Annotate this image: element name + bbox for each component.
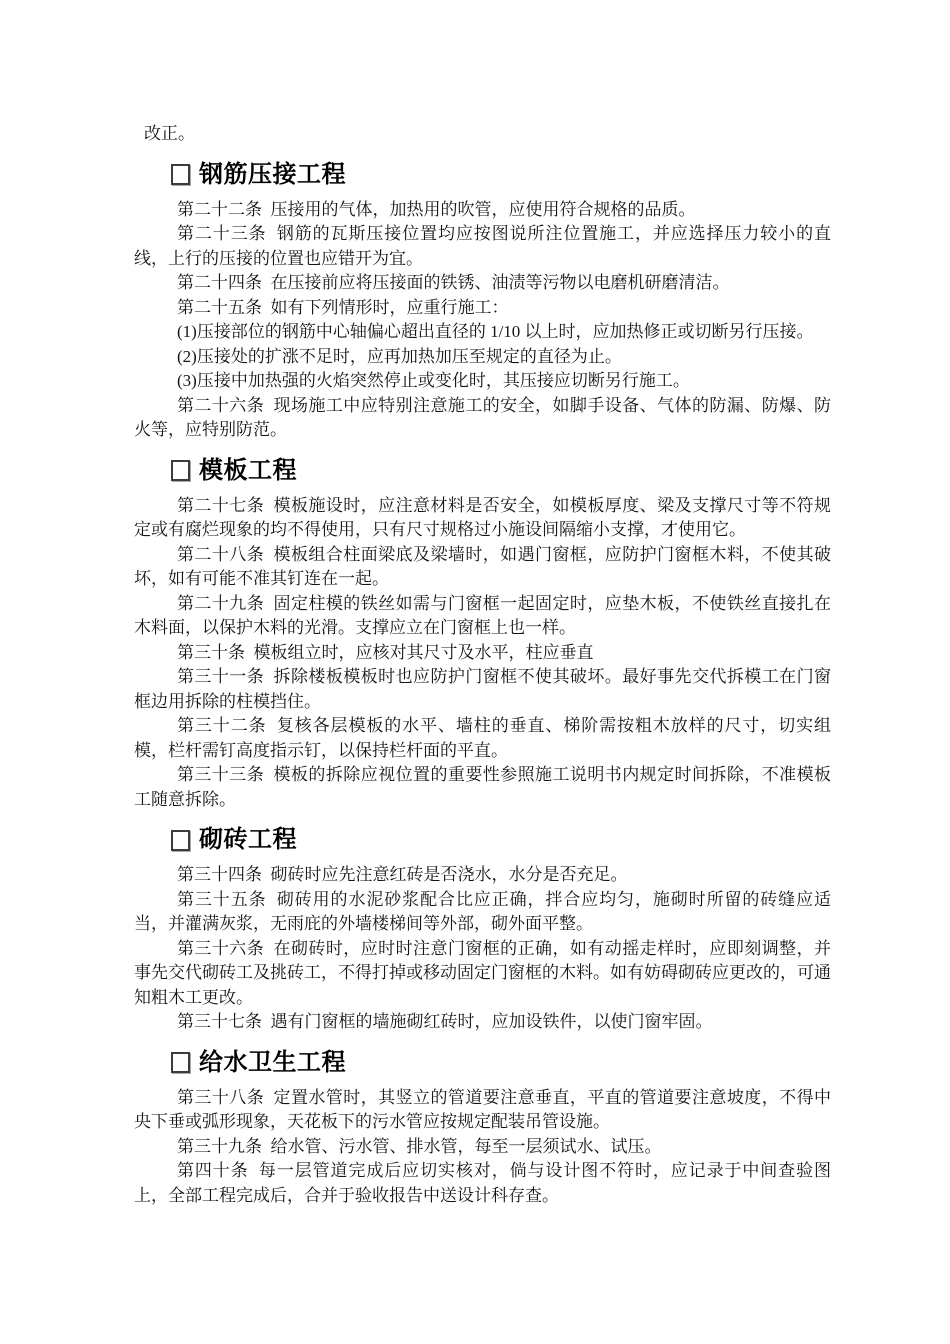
square-bullet-icon: [171, 164, 190, 185]
paragraph: (1)压接部位的钢筋中心轴偏心超出直径的 1/10 以上时，应加热修正或切断另行…: [134, 320, 831, 345]
paragraph: 第二十二条 压接用的气体，加热用的吹管，应使用符合规格的品质。: [134, 198, 831, 223]
paragraph: 第三十六条 在砌砖时，应时时注意门窗框的正确，如有动摇走样时，应即刻调整，并事先…: [134, 937, 831, 1011]
square-bullet-icon: [171, 1052, 190, 1073]
paragraph: 第三十五条 砌砖用的水泥砂浆配合比应正确，拌合应均匀，施砌时所留的砖缝应适当，并…: [134, 888, 831, 937]
square-bullet-icon: [171, 460, 190, 481]
paragraph: 第二十六条 现场施工中应特别注意施工的安全，如脚手设备、气体的防漏、防爆、防火等…: [134, 394, 831, 443]
document-body: 钢筋压接工程第二十二条 压接用的气体，加热用的吹管，应使用符合规格的品质。第二十…: [134, 162, 831, 1209]
paragraph: 第三十八条 定置水管时，其竖立的管道要注意垂直，平直的管道要注意坡度，不得中央下…: [134, 1086, 831, 1135]
paragraph: 第二十三条 钢筋的瓦斯压接位置均应按图说所注位置施工，并应选择压力较小的直线，上…: [134, 222, 831, 271]
document-page: 改正。 钢筋压接工程第二十二条 压接用的气体，加热用的吹管，应使用符合规格的品质…: [134, 0, 831, 1208]
carryover-line: 改正。: [134, 122, 831, 147]
paragraph: (3)压接中加热强的火焰突然停止或变化时，其压接应切断另行施工。: [134, 369, 831, 394]
paragraph: (2)压接处的扩涨不足时，应再加热加压至规定的直径为止。: [134, 345, 831, 370]
section-title: 给水卫生工程: [199, 1050, 346, 1076]
section-heading: 钢筋压接工程: [134, 162, 831, 188]
section-heading: 给水卫生工程: [134, 1050, 831, 1076]
paragraph: 第三十七条 遇有门窗框的墙施砌红砖时，应加设铁件，以使门窗牢固。: [134, 1010, 831, 1035]
section-title: 钢筋压接工程: [199, 162, 346, 188]
paragraph: 第三十二条 复核各层模板的水平、墙柱的垂直、梯阶需按粗木放样的尺寸，切实组模，栏…: [134, 714, 831, 763]
paragraph: 第二十九条 固定柱模的铁丝如需与门窗框一起固定时，应垫木板，不使铁丝直接扎在木料…: [134, 592, 831, 641]
paragraph: 第三十条 模板组立时，应核对其尺寸及水平，柱应垂直: [134, 641, 831, 666]
paragraph: 第二十五条 如有下列情形时，应重行施工：: [134, 296, 831, 321]
section-heading: 砌砖工程: [134, 827, 831, 853]
section-title: 砌砖工程: [199, 827, 297, 853]
paragraph: 第三十四条 砌砖时应先注意红砖是否浇水，水分是否充足。: [134, 863, 831, 888]
paragraph: 第二十四条 在压接前应将压接面的铁锈、油渍等污物以电磨机研磨清洁。: [134, 271, 831, 296]
paragraph: 第二十八条 模板组合柱面梁底及梁墙时，如遇门窗框，应防护门窗框木料，不使其破坏，…: [134, 543, 831, 592]
paragraph: 第三十九条 给水管、污水管、排水管，每至一层须试水、试压。: [134, 1135, 831, 1160]
paragraph: 第二十七条 模板施设时，应注意材料是否安全，如模板厚度、梁及支撑尺寸等不符规定或…: [134, 494, 831, 543]
section-title: 模板工程: [199, 458, 297, 484]
paragraph: 第四十条 每一层管道完成后应切实核对，倘与设计图不符时，应记录于中间查验图上，全…: [134, 1159, 831, 1208]
paragraph: 第三十一条 拆除楼板模板时也应防护门窗框不使其破坏。最好事先交代拆模工在门窗框边…: [134, 665, 831, 714]
square-bullet-icon: [171, 830, 190, 851]
paragraph: 第三十三条 模板的拆除应视位置的重要性参照施工说明书内规定时间拆除，不准模板工随…: [134, 763, 831, 812]
section-heading: 模板工程: [134, 458, 831, 484]
